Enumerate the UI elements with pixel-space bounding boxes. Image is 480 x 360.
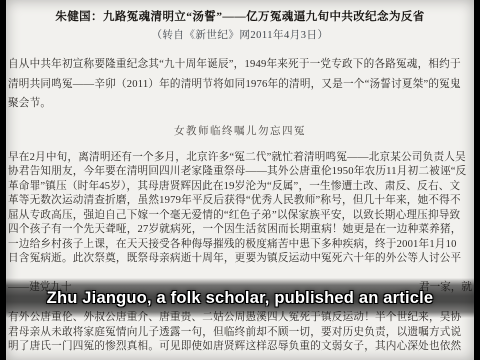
letterbox-bar-right <box>474 0 480 360</box>
intro-paragraph: 自从中共年初宣称要隆重纪念其“九十周年诞辰”，1949年来死于一党专政下的各路冤… <box>8 55 472 114</box>
letterbox-bar-left <box>0 0 6 360</box>
body-line: 屈从专政高压，强迫自己下嫁一个毫无爱情的“红色子弟”以保家族平安，以致长期心理压… <box>8 209 472 224</box>
video-frame: 朱健国：九路冤魂清明立“汤誓”——亿万冤魂逼九旬中共改纪念为反省 （转自《新世纪… <box>0 0 480 360</box>
body-line: 早在2月中旬，离清明还有一个多月，北京许多“冤二代”就忙着清明鸣冤——北京某公司… <box>8 151 472 166</box>
article-title: 朱健国：九路冤魂清明立“汤誓”——亿万冤魂逼九旬中共改纪念为反省 <box>8 10 472 25</box>
intro-line: 自从中共年初宣称要隆重纪念其“九十周年诞辰”，1949年来死于一党专政下的各路冤… <box>8 55 472 75</box>
intro-line: 清明共同鸣冤——辛卯（2011）年的清明节将如同1976年的清明，又是一个“汤誓… <box>8 75 472 95</box>
body-line: 革命罪”镇压（时年45岁），其母唐贤辉因此在19岁沦为“反属”，一生惨遭土改、肃… <box>8 180 472 195</box>
subtitle-bar: Zhu Jianguo, a folk scholar, published a… <box>0 278 480 318</box>
intro-line: 聚会节。 <box>8 94 472 114</box>
body-line: 四个孩子有一个先天聋哑，27岁就病死，一个因生活贫困而长期重病！她更是在一边种菜… <box>8 223 472 238</box>
body-line: 明了唐氏一门四冤的惨烈真相。可见即使如唐贤辉这样忍辱负重的文弱女子，其内心深处也… <box>8 340 472 355</box>
body-line: 君母亲从未敢将家庭冤情向儿子透露一句，但临终前却不顾一切，要对历史负责，以遗嘱方… <box>8 326 472 341</box>
body-line: 协君告知朋友，今年要在清明回四川老家隆重祭母——其外公唐重伦1950年农历11月… <box>8 165 472 180</box>
source-line: （转自《新世纪》网2011年4月3日） <box>8 28 472 43</box>
section-heading: 女教师临终嘱儿勿忘四冤 <box>8 125 472 139</box>
body-line: 日含冤病逝。此次祭奠，既祭母亲病逝十周年，更要为镇反运动中冤死六十年的外公等人讨… <box>8 252 472 267</box>
body-line: 革等无数次运动清查折磨，虽然1979年平反后获得“优秀人民教师”称号，但几十年来… <box>8 194 472 209</box>
body-paragraph: 早在2月中旬，离清明还有一个多月，北京许多“冤二代”就忙着清明鸣冤——北京某公司… <box>8 151 472 355</box>
body-line: 一边给乡村孩子上课，在天天接受各种侮辱摧残的极度痛苦中患下多种疾病，终于2001… <box>8 238 472 253</box>
subtitle-text: Zhu Jianguo, a folk scholar, published a… <box>47 289 434 308</box>
